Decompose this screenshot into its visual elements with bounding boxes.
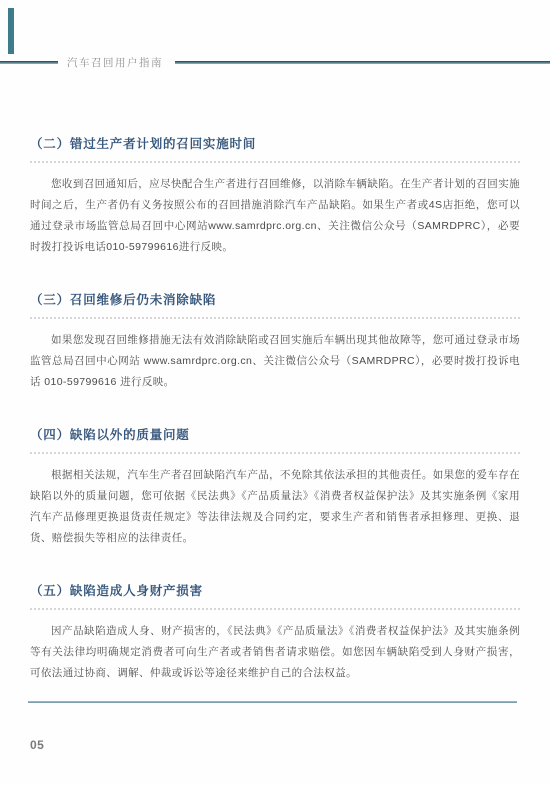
section-heading: （三）召回维修后仍未消除缺陷 xyxy=(30,292,520,308)
section-heading: （二）错过生产者计划的召回实施时间 xyxy=(30,136,520,152)
section-paragraph: 如果您发现召回维修措施无法有效消除缺陷或召回实施后车辆出现其他故障等，您可通过登… xyxy=(30,330,520,393)
section-paragraph: 您收到召回通知后，应尽快配合生产者进行召回维修，以消除车辆缺陷。在生产者计划的召… xyxy=(30,174,520,258)
corner-accent-bar xyxy=(8,8,14,54)
section-divider xyxy=(30,317,520,319)
section-divider xyxy=(30,161,520,163)
page-number: 05 xyxy=(30,738,44,752)
document-page: 汽车召回用户指南 （二）错过生产者计划的召回实施时间 您收到召回通知后，应尽快配… xyxy=(0,0,550,785)
section-quality-issues-beyond-defect: （四）缺陷以外的质量问题 根据相关法规，汽车生产者召回缺陷汽车产品，不免除其依法… xyxy=(30,427,520,549)
section-defect-not-eliminated: （三）召回维修后仍未消除缺陷 如果您发现召回维修措施无法有效消除缺陷或召回实施后… xyxy=(30,292,520,393)
section-divider xyxy=(30,608,520,610)
footer-rule xyxy=(28,701,517,703)
section-heading: （五）缺陷造成人身财产损害 xyxy=(30,583,520,599)
header-title: 汽车召回用户指南 xyxy=(67,55,163,70)
header-rule-left xyxy=(0,61,58,64)
section-divider xyxy=(30,452,520,454)
section-heading: （四）缺陷以外的质量问题 xyxy=(30,427,520,443)
page-header: 汽车召回用户指南 xyxy=(0,55,550,69)
content: （二）错过生产者计划的召回实施时间 您收到召回通知后，应尽快配合生产者进行召回维… xyxy=(30,136,520,684)
section-paragraph: 根据相关法规，汽车生产者召回缺陷汽车产品，不免除其依法承担的其他责任。如果您的爱… xyxy=(30,465,520,549)
section-missed-recall-window: （二）错过生产者计划的召回实施时间 您收到召回通知后，应尽快配合生产者进行召回维… xyxy=(30,136,520,258)
section-personal-property-damage: （五）缺陷造成人身财产损害 因产品缺陷造成人身、财产损害的，《民法典》《产品质量… xyxy=(30,583,520,684)
section-paragraph: 因产品缺陷造成人身、财产损害的，《民法典》《产品质量法》《消费者权益保护法》及其… xyxy=(30,621,520,684)
header-rule-right xyxy=(175,61,550,64)
